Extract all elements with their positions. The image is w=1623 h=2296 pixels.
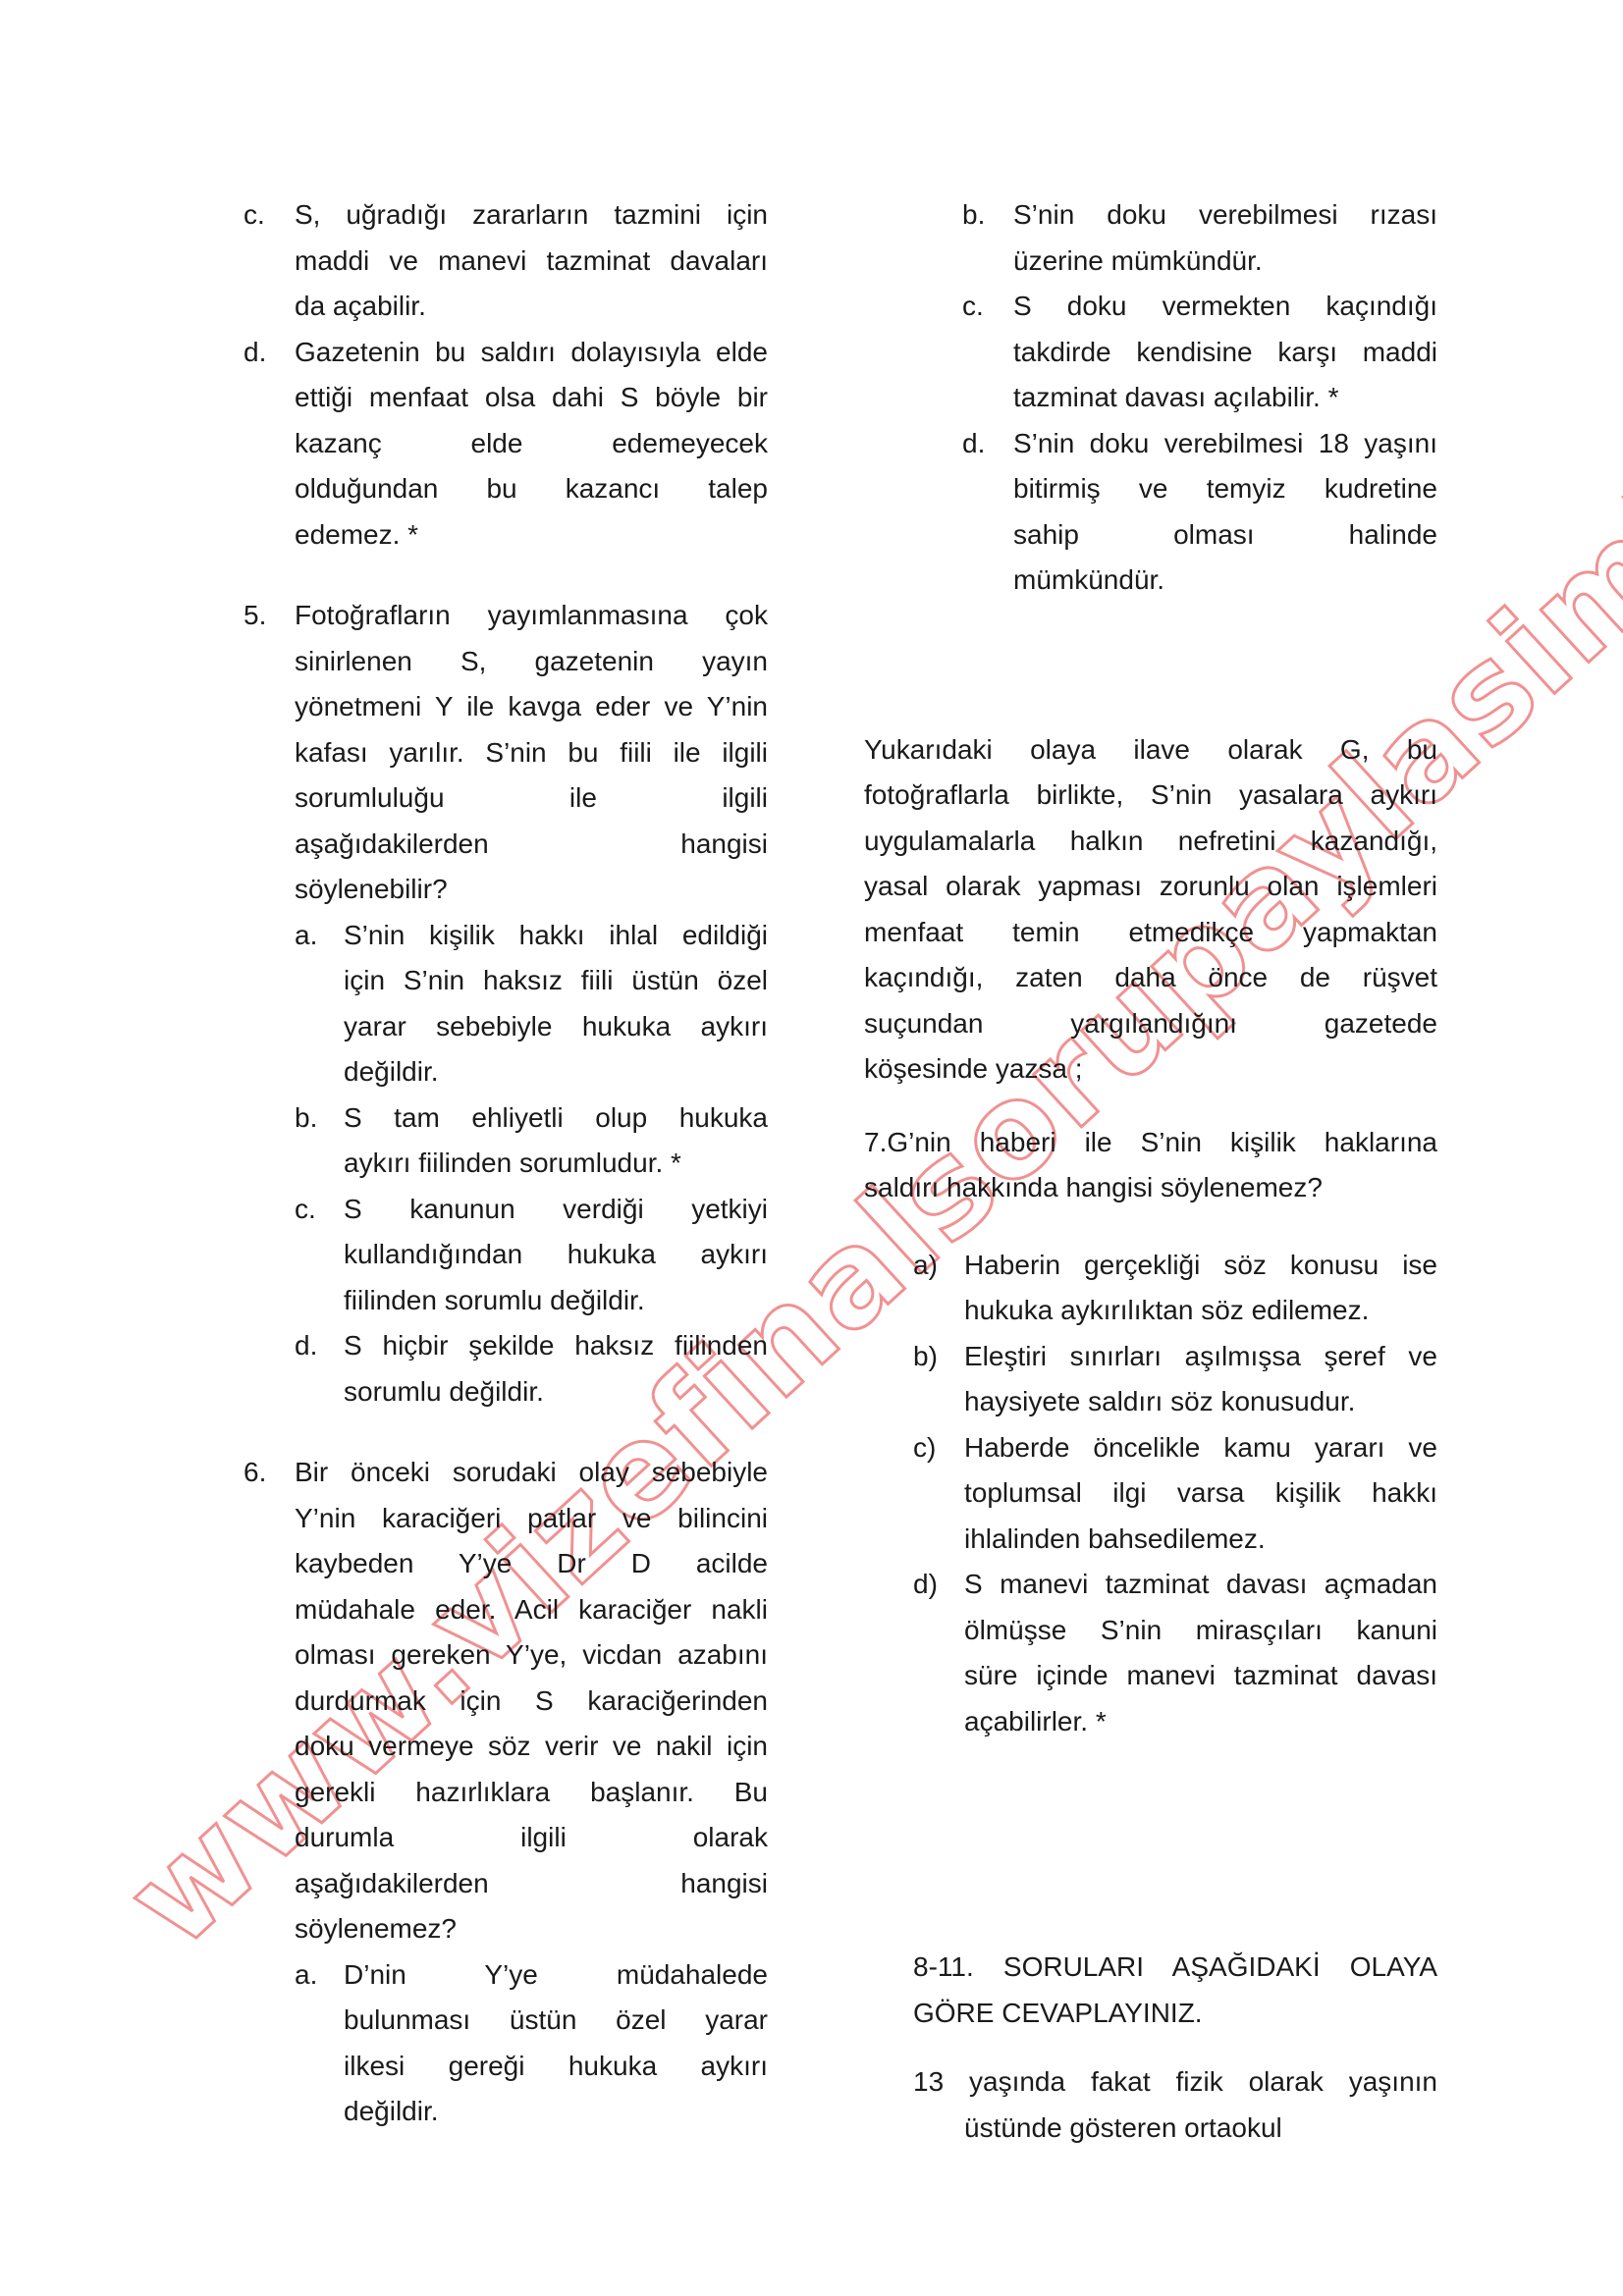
text-line: toplumsal ilgi varsa kişilik hakkı (964, 1470, 1437, 1517)
text-line: ilkesi gereği hukuka aykırı (344, 2044, 768, 2090)
item-text: Bir önceki sorudaki olay sebebiyleY’nin … (295, 1450, 768, 1952)
item-text: Yukarıdaki olaya ilave olarak G, bufotoğ… (864, 727, 1437, 1093)
item-text: S’nin doku verebilmesi rızasıüzerine müm… (1013, 192, 1437, 284)
text-line: S’nin doku verebilmesi rızası (1013, 192, 1437, 239)
text-line: S’nin doku verebilmesi 18 yaşını (1013, 421, 1437, 467)
text-line: kaybeden Y’ye Dr D acilde (295, 1541, 768, 1587)
answer-option: d.S’nin doku verebilmesi 18 yaşınıbitirm… (962, 421, 1437, 604)
item-text: S doku vermekten kaçındığıtakdirde kendi… (1013, 284, 1437, 421)
text-line: kaçındığı, zaten daha önce de rüşvet (864, 955, 1437, 1001)
text-line: Bir önceki sorudaki olay sebebiyle (295, 1450, 768, 1496)
text-line: Eleştiri sınırları aşılmışsa şeref ve (964, 1334, 1437, 1380)
text-line: durumla ilgili olarak (295, 1815, 768, 1861)
text-line: bitirmiş ve temyiz kudretine (1013, 466, 1437, 512)
answer-option: d.Gazetenin bu saldırı dolayısıyla eldee… (243, 330, 768, 559)
text-line: maddi ve manevi tazminat davaları (295, 239, 768, 285)
question-stem: 5.Fotoğrafların yayımlanmasına çoksinirl… (243, 593, 768, 913)
item-label: b. (295, 1095, 317, 1142)
text-line: uygulamalarla halkın nefretini kazandığı… (864, 819, 1437, 865)
answer-option: b)Eleştiri sınırları aşılmışsa şeref veh… (913, 1334, 1437, 1425)
text-line: mümkündür. (1013, 558, 1437, 604)
text-line: Fotoğrafların yayımlanmasına çok (295, 593, 768, 639)
text-line: 7.G’nin haberi ile S’nin kişilik hakları… (864, 1120, 1437, 1166)
item-label: c. (243, 192, 265, 239)
answer-option: b.S tam ehliyetli olup hukukaaykırı fiil… (295, 1095, 768, 1187)
question-stem: 7.G’nin haberi ile S’nin kişilik hakları… (864, 1120, 1437, 1211)
answer-option: d)S manevi tazminat davası açmadanölmüşs… (913, 1562, 1437, 1744)
text-line: doku vermeye söz verir ve nakil için (295, 1724, 768, 1770)
text-line: üzerine mümkündür. (1013, 239, 1437, 285)
case-intro: 13 yaşında fakat fizik olarak yaşınınüst… (864, 2059, 1437, 2151)
text-line: Yukarıdaki olaya ilave olarak G, bu (864, 727, 1437, 774)
scenario-paragraph: Yukarıdaki olaya ilave olarak G, bufotoğ… (864, 727, 1437, 1093)
item-label: a) (913, 1243, 938, 1289)
item-text: S kanunun verdiği yetkiyikullandığından … (344, 1187, 768, 1324)
section-heading: 8-11. SORULARI AŞAĞIDAKİ OLAYAGÖRE CEVAP… (864, 1945, 1437, 2036)
item-text: S, uğradığı zararların tazmini içinmaddi… (295, 192, 768, 330)
text-line: yönetmeni Y ile kavga eder ve Y’nin (295, 684, 768, 730)
text-line: ettiği menfaat olsa dahi S böyle bir (295, 375, 768, 421)
text-line: S kanunun verdiği yetkiyi (344, 1187, 768, 1233)
text-line: söylenemez? (295, 1906, 768, 1952)
item-label: a. (295, 1952, 317, 1999)
text-line: aşağıdakilerden hangisi (295, 1861, 768, 1907)
text-line: Y’nin karaciğeri patlar ve bilincini (295, 1496, 768, 1542)
section-heading-text: 8-11. SORULARI AŞAĞIDAKİ OLAYAGÖRE CEVAP… (913, 1945, 1437, 2036)
item-label: d. (243, 330, 266, 376)
text-line: D’nin Y’ye müdahalede (344, 1952, 768, 1999)
item-text: Fotoğrafların yayımlanmasına çoksinirlen… (295, 593, 768, 913)
text-line: kazanç elde edemeyecek (295, 421, 768, 467)
answer-option: b.S’nin doku verebilmesi rızasıüzerine m… (962, 192, 1437, 284)
text-line: S tam ehliyetli olup hukuka (344, 1095, 768, 1142)
text-line: 8-11. SORULARI AŞAĞIDAKİ OLAYA (913, 1945, 1437, 1991)
text-line: kullandığından hukuka aykırı (344, 1232, 768, 1278)
item-label: 5. (243, 593, 266, 639)
answer-option: c.S doku vermekten kaçındığıtakdirde ken… (962, 284, 1437, 421)
item-label: c. (962, 284, 984, 330)
text-line: bulunması üstün özel yarar (344, 1998, 768, 2044)
question-7: 7.G’nin haberi ile S’nin kişilik hakları… (864, 1120, 1437, 1745)
text-line: S hiçbir şekilde haksız fiilinden (344, 1323, 768, 1369)
item-label: b) (913, 1334, 938, 1380)
question-5: 5.Fotoğrafların yayımlanmasına çoksinirl… (243, 593, 768, 1415)
text-line: da açabilir. (295, 284, 768, 330)
answer-option: a.S’nin kişilik hakkı ihlal edildiğiiçin… (295, 913, 768, 1095)
item-label: c. (295, 1187, 316, 1233)
answer-option: c.S, uğradığı zararların tazmini içinmad… (243, 192, 768, 330)
answer-option: d.S hiçbir şekilde haksız fiilindensorum… (295, 1323, 768, 1415)
text-line: menfaat temin etmedikçe yapmaktan (864, 910, 1437, 956)
text-line: yasal olarak yapması zorunlu olan işleml… (864, 864, 1437, 910)
item-text: Haberin gerçekliği söz konusu isehukuka … (964, 1243, 1437, 1334)
item-text: S manevi tazminat davası açmadanölmüşse … (964, 1562, 1437, 1744)
item-text: S hiçbir şekilde haksız fiilindensorumlu… (344, 1323, 768, 1415)
text-line: sorumlu değildir. (344, 1369, 768, 1415)
text-line: aykırı fiilinden sorumludur. * (344, 1141, 768, 1187)
item-text: Haberde öncelikle kamu yararı vetoplumsa… (964, 1425, 1437, 1563)
text-line: saldırı hakkında hangisi söylenemez? (864, 1165, 1437, 1211)
item-text: Gazetenin bu saldırı dolayısıyla eldeett… (295, 330, 768, 559)
item-label: b. (962, 192, 985, 239)
text-line: açabilirler. * (964, 1699, 1437, 1745)
text-line: olduğundan bu kazancı talep (295, 466, 768, 512)
scenario-text: Yukarıdaki olaya ilave olarak G, bufotoğ… (864, 727, 1437, 1093)
text-line: takdirde kendisine karşı maddi (1013, 330, 1437, 376)
answer-option: c.S kanunun verdiği yetkiyikullandığında… (295, 1187, 768, 1324)
item-label: a. (295, 913, 317, 959)
item-label: d. (962, 421, 985, 467)
text-line: aşağıdakilerden hangisi (295, 822, 768, 868)
text-line: ihlalinden bahsedilemez. (964, 1517, 1437, 1563)
right-column: b.S’nin doku verebilmesi rızasıüzerine m… (864, 192, 1437, 2151)
text-line: Haberin gerçekliği söz konusu ise (964, 1243, 1437, 1289)
exam-page: www.vizefinalsorupaylasimi.com c.S, uğra… (0, 0, 1623, 2296)
q6-options-continued: b.S’nin doku verebilmesi rızasıüzerine m… (864, 192, 1437, 604)
text-line: S, uğradığı zararların tazmini için (295, 192, 768, 239)
answer-option: a.D’nin Y’ye müdahaledebulunması üstün ö… (295, 1952, 768, 2135)
item-text: D’nin Y’ye müdahaledebulunması üstün öze… (344, 1952, 768, 2135)
text-line: tazminat davası açılabilir. * (1013, 375, 1437, 421)
question-stem: 6.Bir önceki sorudaki olay sebebiyleY’ni… (243, 1450, 768, 1952)
text-line: sinirlenen S, gazetenin yayın (295, 639, 768, 685)
item-text: 7.G’nin haberi ile S’nin kişilik hakları… (864, 1120, 1437, 1211)
q4-options-continued: c.S, uğradığı zararların tazmini içinmad… (243, 192, 768, 558)
item-label: 6. (243, 1450, 266, 1496)
text-line: fotoğraflarla birlikte, S’nin yasalara a… (864, 773, 1437, 819)
text-line: Gazetenin bu saldırı dolayısıyla elde (295, 330, 768, 376)
item-text: Eleştiri sınırları aşılmışsa şeref vehay… (964, 1334, 1437, 1425)
text-line: GÖRE CEVAPLAYINIZ. (913, 1991, 1437, 2037)
text-line: değildir. (344, 1049, 768, 1095)
text-line: durdurmak için S karaciğerinden (295, 1679, 768, 1725)
text-line: suçundan yargılandığını gazetede (864, 1001, 1437, 1047)
item-label: d) (913, 1562, 938, 1608)
text-line: S manevi tazminat davası açmadan (964, 1562, 1437, 1608)
text-line: süre içinde manevi tazminat davası (964, 1653, 1437, 1699)
text-line: ölmüşse S’nin mirasçıları kanuni (964, 1608, 1437, 1654)
text-line: gerekli hazırlıklara başlanır. Bu (295, 1770, 768, 1816)
text-line: S’nin kişilik hakkı ihlal edildiği (344, 913, 768, 959)
text-line: edemez. * (295, 512, 768, 559)
text-line: fiilinden sorumlu değildir. (344, 1278, 768, 1324)
text-line: Haberde öncelikle kamu yararı ve (964, 1425, 1437, 1471)
question-6: 6.Bir önceki sorudaki olay sebebiyleY’ni… (243, 1450, 768, 2135)
item-text: S’nin doku verebilmesi 18 yaşınıbitirmiş… (1013, 421, 1437, 604)
item-label: d. (295, 1323, 317, 1369)
text-line: sorumluluğu ile ilgili (295, 775, 768, 822)
item-text: S tam ehliyetli olup hukukaaykırı fiilin… (344, 1095, 768, 1187)
answer-option: c)Haberde öncelikle kamu yararı vetoplum… (913, 1425, 1437, 1563)
item-label: c) (913, 1425, 936, 1471)
text-line: hukuka aykırılıktan söz edilemez. (964, 1288, 1437, 1334)
item-text: S’nin kişilik hakkı ihlal edildiğiiçin S… (344, 913, 768, 1095)
text-line: haysiyete saldırı söz konusudur. (964, 1379, 1437, 1425)
text-line: köşesinde yazsa ; (864, 1046, 1437, 1093)
text-line: sahip olması halinde (1013, 512, 1437, 559)
text-line: olması gereken Y’ye, vicdan azabını (295, 1632, 768, 1679)
text-line: için S’nin haksız fiili üstün özel (344, 958, 768, 1004)
text-line: müdahale eder. Acil karaciğer nakli (295, 1587, 768, 1633)
text-line: S doku vermekten kaçındığı (1013, 284, 1437, 330)
text-line: yarar sebebiyle hukuka aykırı (344, 1004, 768, 1050)
text-line: kafası yarılır. S’nin bu fiili ile ilgil… (295, 730, 768, 776)
text-line: değildir. (344, 2089, 768, 2135)
text-line: 13 yaşında fakat fizik olarak yaşının (913, 2059, 1437, 2106)
left-column: c.S, uğradığı zararların tazmini içinmad… (243, 192, 768, 2135)
text-line: söylenebilir? (295, 867, 768, 913)
answer-option: a)Haberin gerçekliği söz konusu isehukuk… (913, 1243, 1437, 1334)
item-text: 8-11. SORULARI AŞAĞIDAKİ OLAYAGÖRE CEVAP… (913, 1945, 1437, 2036)
case-intro-text: 13 yaşında fakat fizik olarak yaşınınüst… (913, 2059, 1437, 2151)
item-text: 13 yaşında fakat fizik olarak yaşınınüst… (913, 2059, 1437, 2151)
text-line: üstünde gösteren ortaokul (964, 2106, 1437, 2152)
